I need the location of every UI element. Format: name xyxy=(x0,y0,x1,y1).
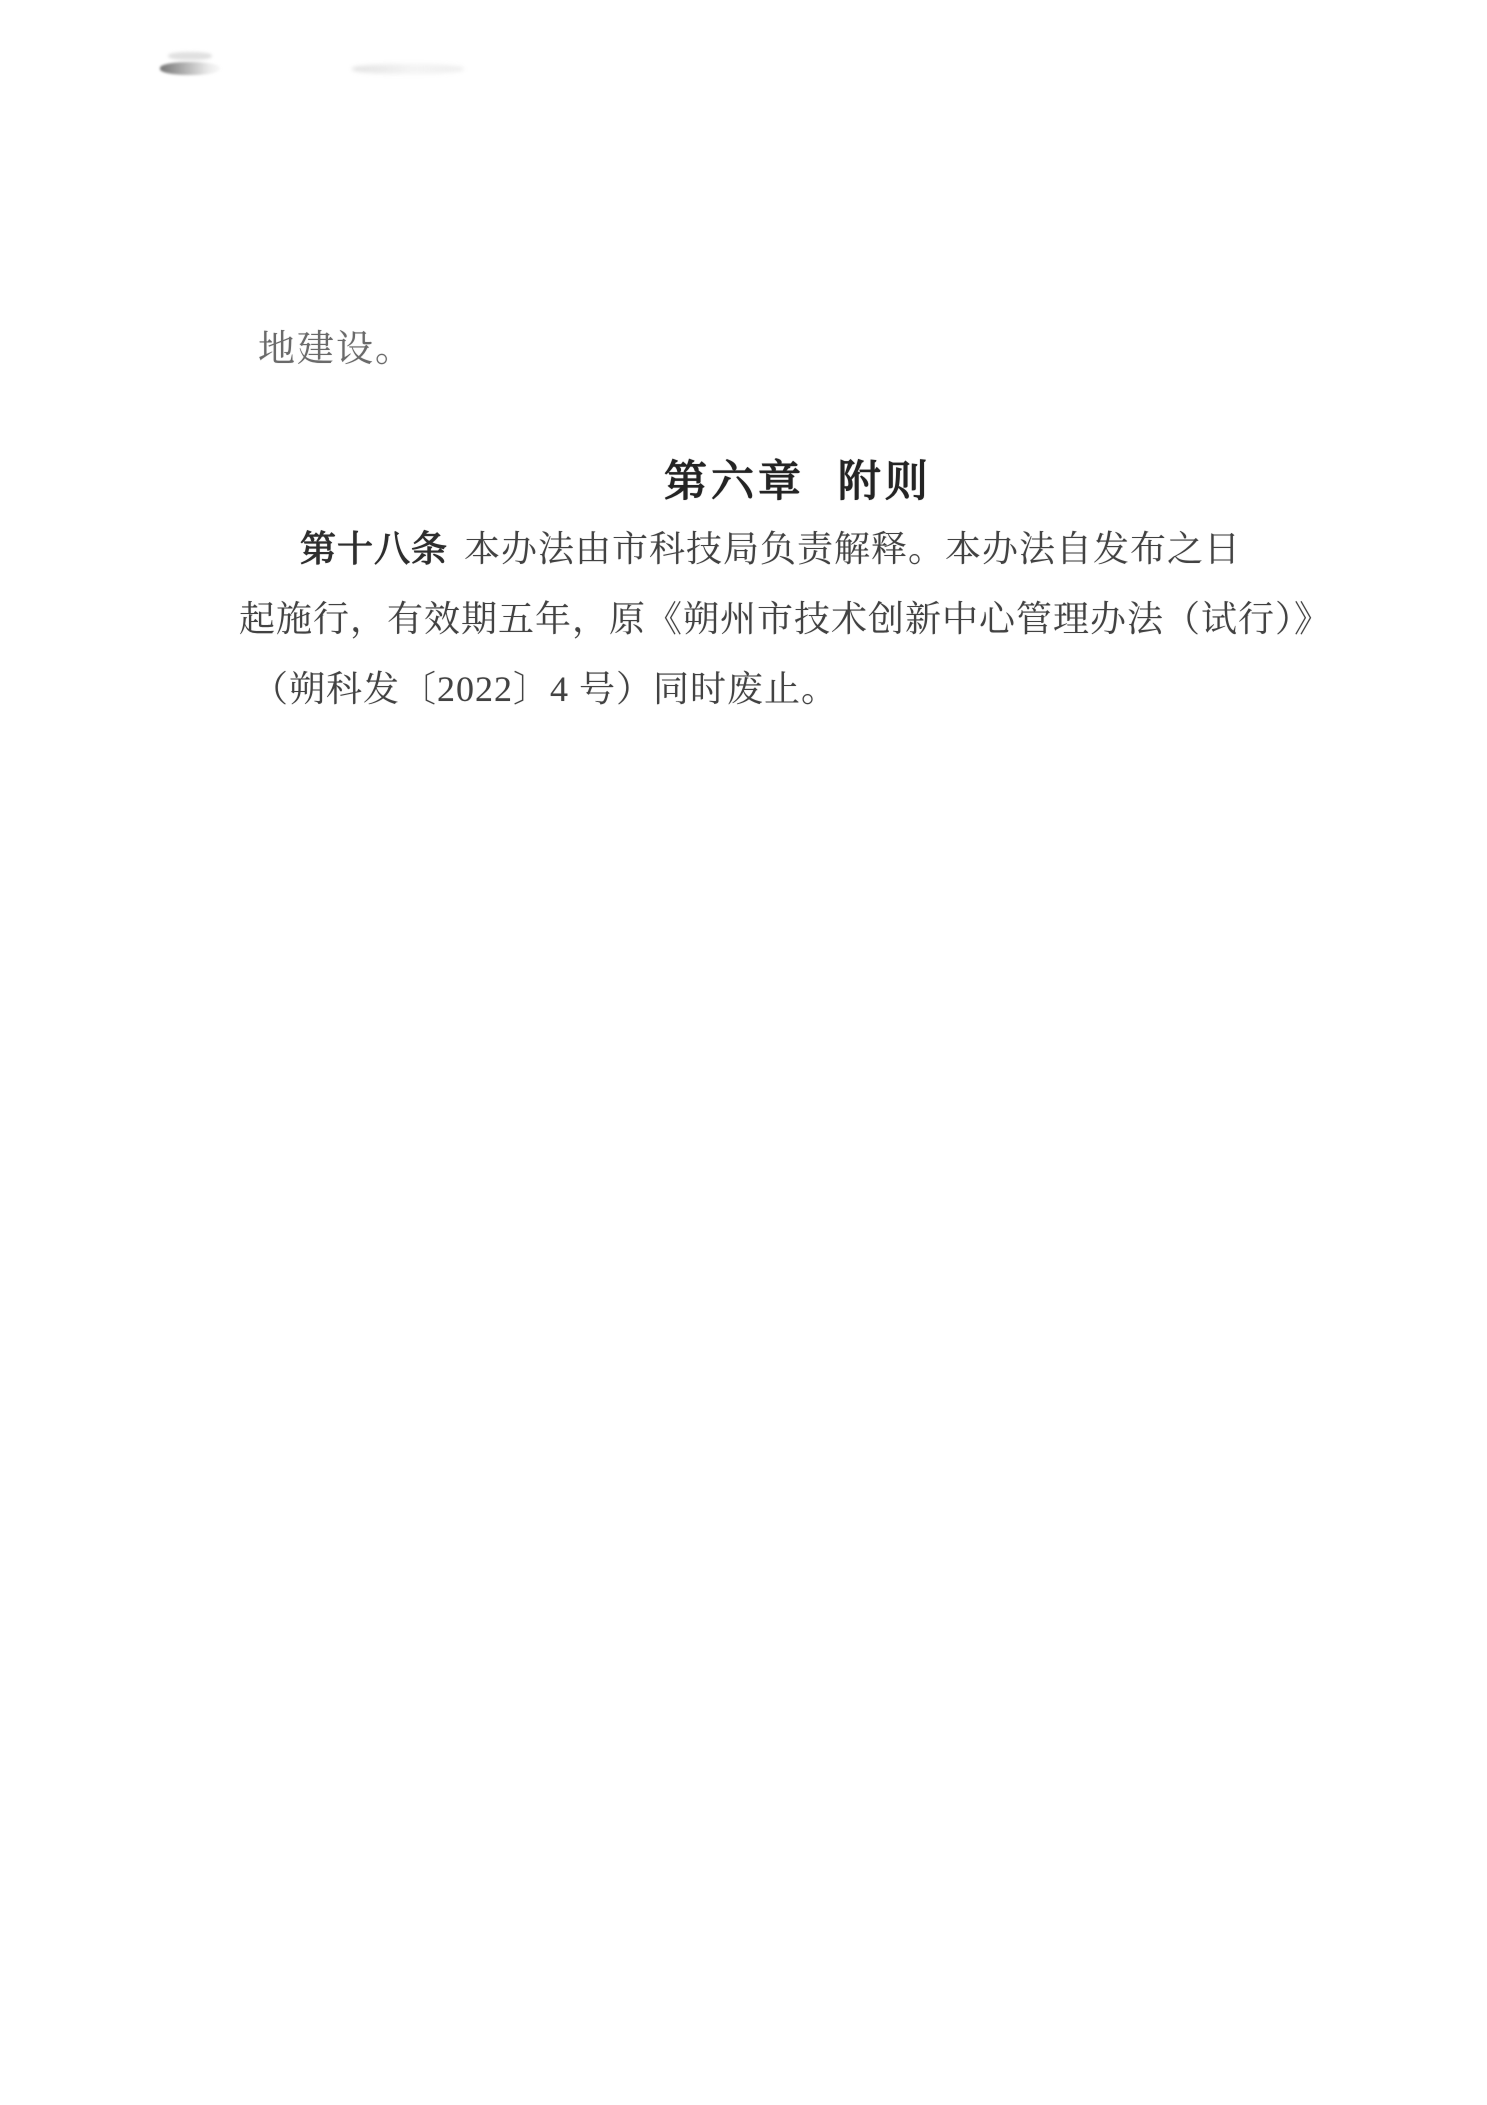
document-page: 地建设。 第六章 附则 第十八条本办法由市科技局负责解释。本办法自发布之日 起施… xyxy=(0,0,1487,2105)
article-line: 起施行，有效期五年，原《朔州市技术创新中心管理办法（试行）》 xyxy=(239,591,1331,642)
scan-smudge xyxy=(160,62,220,75)
article-line: （朔科发〔2022〕4 号）同时废止。 xyxy=(252,661,838,712)
article-text: 本办法由市科技局负责解释。本办法自发布之日 xyxy=(464,529,1241,569)
article-line: 第十八条本办法由市科技局负责解释。本办法自发布之日 xyxy=(300,521,1241,572)
scan-smudge xyxy=(168,52,212,60)
chapter-heading: 第六章 附则 xyxy=(664,448,932,509)
article-number: 第十八条 xyxy=(300,529,448,569)
scan-smudge xyxy=(352,64,464,74)
paragraph-continuation: 地建设。 xyxy=(258,318,414,372)
